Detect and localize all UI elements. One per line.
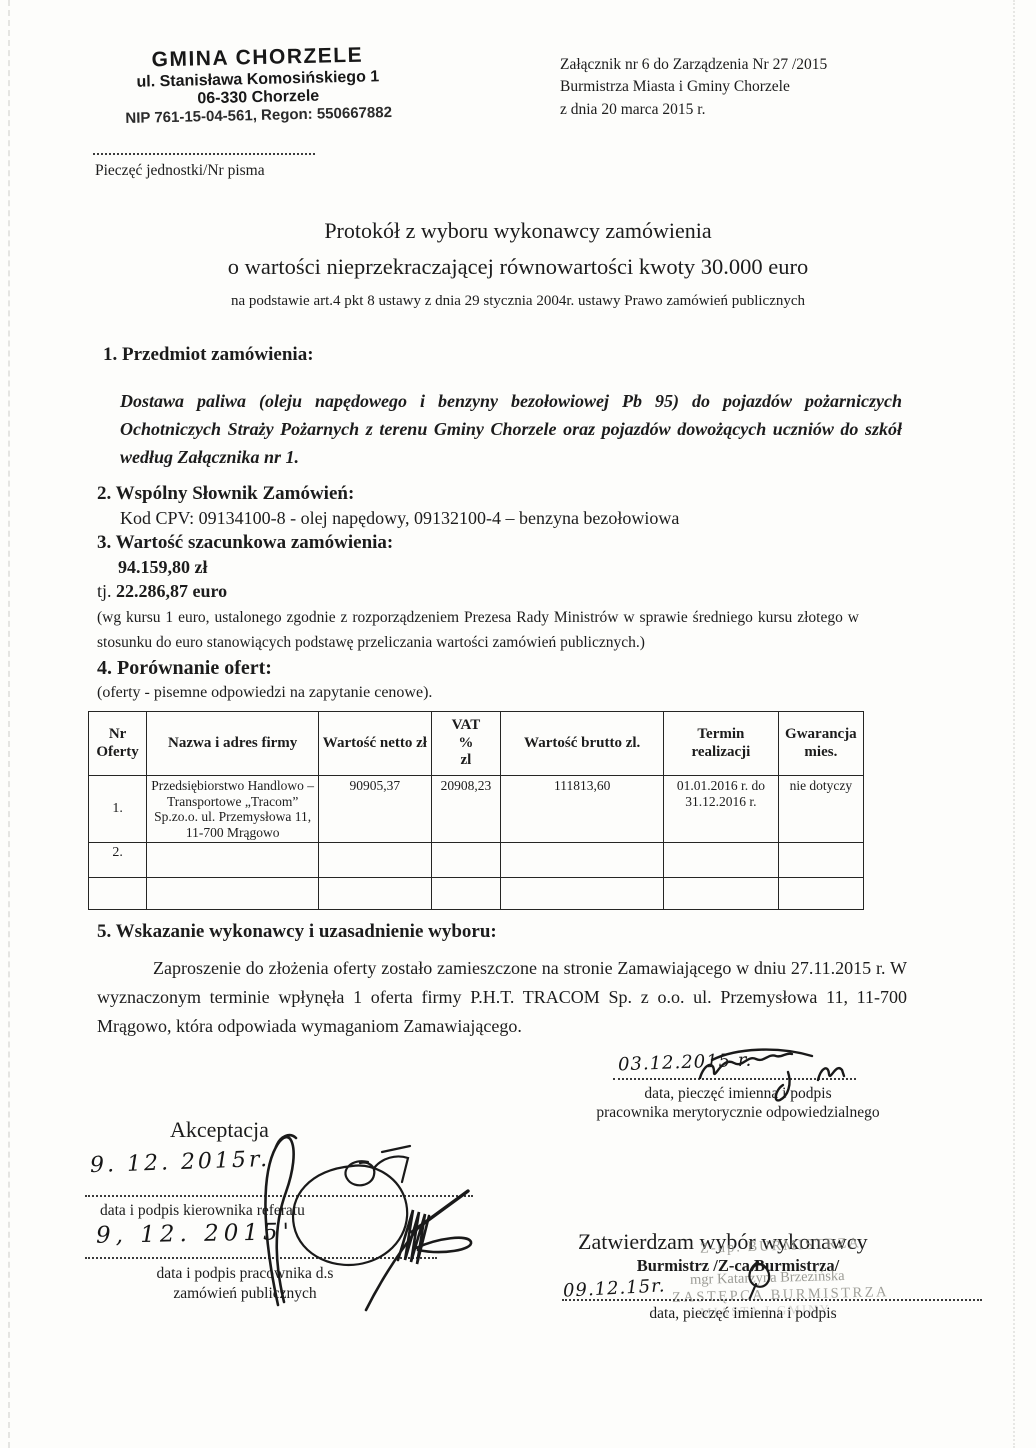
meritorious-signature-line bbox=[613, 1078, 856, 1080]
offer1-warranty: nie dotyczy bbox=[778, 776, 863, 843]
legal-basis-note: na podstawie art.4 pkt 8 ustawy z dnia 2… bbox=[0, 293, 1036, 310]
offer2-term bbox=[664, 843, 779, 878]
attachment-reference: Załącznik nr 6 do Zarządzenia Nr 27 /201… bbox=[560, 54, 827, 121]
meritorious-caption-1: data, pieczęć imienna i podpis bbox=[608, 1085, 868, 1103]
offer3-gross bbox=[501, 878, 664, 910]
document-subtitle: o wartości nieprzekraczającej równowarto… bbox=[0, 254, 1036, 280]
col-header-term: Termin realizacji bbox=[664, 712, 779, 776]
col-header-gross: Wartość brutto zl. bbox=[501, 712, 664, 776]
clerk-signature-scribble bbox=[366, 1191, 471, 1310]
clerk-caption-1: data i podpis pracownika d.s bbox=[110, 1264, 380, 1284]
offer3-vat bbox=[431, 878, 501, 910]
clerk-caption-2: zamówień publicznych bbox=[110, 1284, 380, 1304]
offer2-company bbox=[147, 843, 319, 878]
col-header-net: Wartość netto zł bbox=[319, 712, 431, 776]
section5-body: Zaproszenie do złożenia oferty zostało z… bbox=[97, 954, 907, 1041]
unit-stamp: GMINA CHORZELE ul. Stanisława Komosiński… bbox=[87, 42, 429, 128]
clerk-signature-line bbox=[85, 1257, 437, 1259]
offer2-vat bbox=[431, 843, 501, 878]
approval-signature-line bbox=[562, 1299, 982, 1301]
offer3-net bbox=[319, 878, 431, 910]
attachment-line-3: z dnia 20 marca 2015 r. bbox=[560, 99, 827, 121]
offer1-gross: 111813,60 bbox=[501, 776, 664, 843]
seal-dotted-line bbox=[93, 153, 315, 155]
offer1-vat: 20908,23 bbox=[431, 776, 501, 843]
col-header-vat: VAT % zl bbox=[431, 712, 501, 776]
clerk-handwritten-date: 9, 12. 2015' bbox=[96, 1219, 294, 1248]
offer3-no bbox=[89, 878, 147, 910]
section2-heading: 2. Wspólny Słownik Zamówień: bbox=[97, 483, 354, 505]
approval-caption: data, pieczęć imienna i podpis bbox=[598, 1305, 888, 1323]
table-header-row: Nr Oferty Nazwa i adres firmy Wartość ne… bbox=[89, 712, 864, 776]
offer2-net bbox=[319, 843, 431, 878]
acceptance-heading: Akceptacja bbox=[170, 1117, 269, 1143]
section2-body: Kod CPV: 09134100-8 - olej napędowy, 091… bbox=[120, 508, 679, 529]
tj-prefix: tj. bbox=[97, 581, 116, 601]
exchange-rate-note: (wg kursu 1 euro, ustalonego zgodnie z r… bbox=[97, 606, 859, 656]
offer1-term: 01.01.2016 r. do 31.12.2016 r. bbox=[664, 776, 779, 843]
acceptance-big-scribble bbox=[293, 1146, 410, 1265]
seal-caption: Pieczęć jednostki/Nr pisma bbox=[95, 162, 265, 180]
offer3-warranty bbox=[778, 878, 863, 910]
document-title: Protokół z wyboru wykonawcy zamówienia bbox=[0, 218, 1036, 244]
offer1-net: 90905,37 bbox=[319, 776, 431, 843]
table-row: 1. Przedsiębiorstwo Handlowo – Transport… bbox=[89, 776, 864, 843]
attachment-line-2: Burmistrza Miasta i Gminy Chorzele bbox=[560, 76, 827, 98]
document-page: GMINA CHORZELE ul. Stanisława Komosiński… bbox=[0, 0, 1036, 1448]
section3-heading: 3. Wartość szacunkowa zamówienia: bbox=[97, 532, 393, 554]
offer3-term bbox=[664, 878, 779, 910]
approval-handwritten-date: 09.12.15r. bbox=[563, 1275, 666, 1301]
col-header-warranty: Gwarancja mies. bbox=[778, 712, 863, 776]
table-row bbox=[89, 878, 864, 910]
section5-heading: 5. Wskazanie wykonawcy i uzasadnienie wy… bbox=[97, 921, 497, 943]
table-row: 2. bbox=[89, 843, 864, 878]
offer3-company bbox=[147, 878, 319, 910]
section1-body: Dostawa paliwa (oleju napędowego i benzy… bbox=[120, 388, 902, 472]
clerk-caption: data i podpis pracownika d.s zamówień pu… bbox=[110, 1264, 380, 1304]
estimated-value-pln: 94.159,80 zł bbox=[118, 557, 208, 578]
meritorious-caption-2: pracownika merytorycznie odpowiedzialneg… bbox=[578, 1104, 898, 1122]
manager-handwritten-date: 9. 12. 2015r. bbox=[90, 1147, 271, 1178]
meritorious-handwritten-date: 03.12.2015 r. bbox=[618, 1050, 753, 1076]
eur-amount: 22.286,87 euro bbox=[116, 581, 227, 601]
manager-signature-line bbox=[85, 1195, 473, 1197]
col-header-company: Nazwa i adres firmy bbox=[147, 712, 319, 776]
section4-subheading: (oferty - pisemne odpowiedzi na zapytani… bbox=[97, 684, 432, 702]
section1-heading: 1. Przedmiot zamówienia: bbox=[103, 344, 314, 366]
offer1-no: 1. bbox=[89, 776, 147, 843]
attachment-line-1: Załącznik nr 6 do Zarządzenia Nr 27 /201… bbox=[560, 54, 827, 76]
offer2-warranty bbox=[778, 843, 863, 878]
offer1-company: Przedsiębiorstwo Handlowo – Transportowe… bbox=[147, 776, 319, 843]
estimated-value-eur: tj. 22.286,87 euro bbox=[97, 581, 227, 602]
offer2-gross bbox=[501, 843, 664, 878]
offer2-no: 2. bbox=[89, 843, 147, 878]
section4-heading: 4. Porównanie ofert: bbox=[97, 657, 272, 680]
col-header-offer-no: Nr Oferty bbox=[89, 712, 147, 776]
manager-caption: data i podpis kierownika referatu bbox=[100, 1202, 305, 1220]
offers-table: Nr Oferty Nazwa i adres firmy Wartość ne… bbox=[88, 711, 864, 910]
